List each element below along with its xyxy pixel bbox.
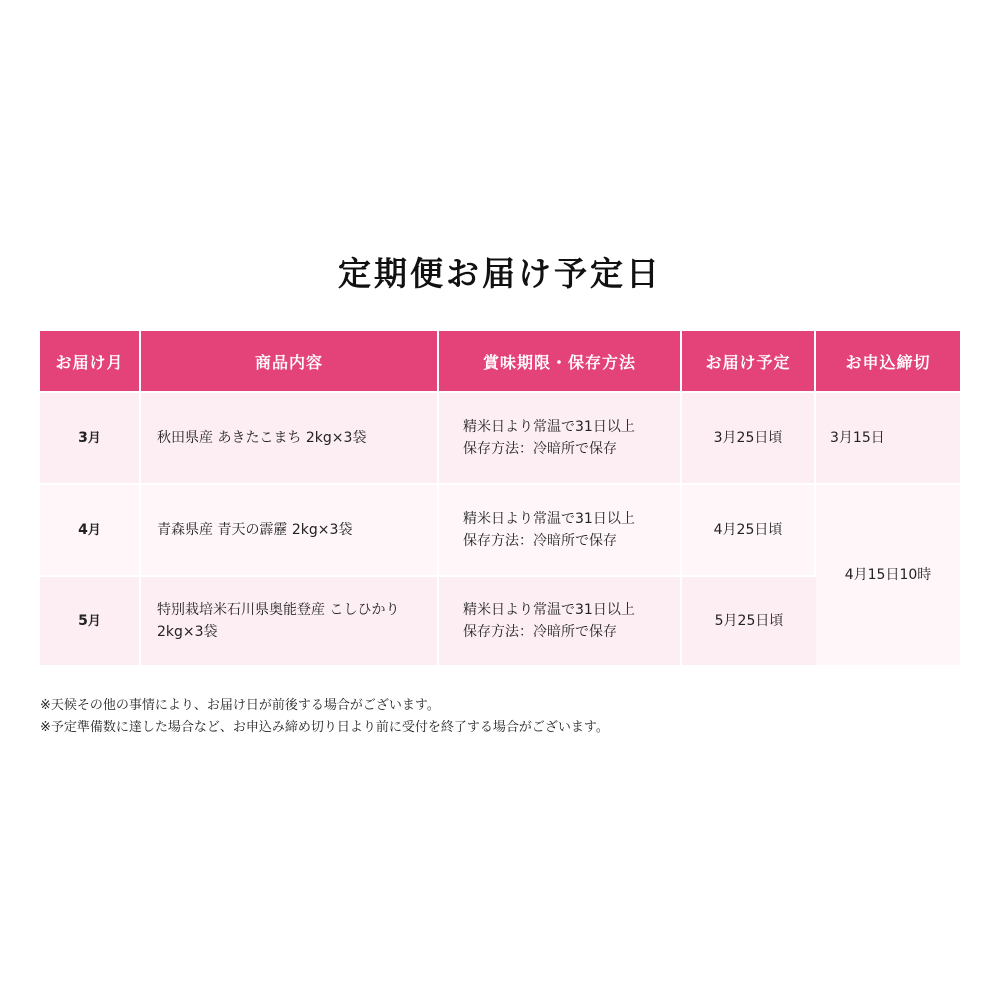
table-row: 4月 青森県産 青天の霹靂 2kg×3袋 精米日より常温で31日以上保存方法：冷… xyxy=(40,485,960,577)
deadline-cell: 4月15日10時 xyxy=(816,485,960,665)
month-cell: 4月 xyxy=(40,485,141,577)
note-early-close: ※予定準備数に達した場合など、お申込み締め切り日より前に受付を終了する場合がござ… xyxy=(40,717,609,739)
storage-cell: 精米日より常温で31日以上保存方法：冷暗所で保存 xyxy=(439,393,682,485)
product-cell: 特別栽培米石川県奥能登産 こしひかり2kg×3袋 xyxy=(141,577,439,665)
table-row: 3月 秋田県産 あきたこまち 2kg×3袋 精米日より常温で31日以上保存方法：… xyxy=(40,393,960,485)
notes: ※天候その他の事情により、お届け日が前後する場合がございます。 ※予定準備数に達… xyxy=(40,695,609,739)
header-deadline: お申込締切 xyxy=(816,331,960,393)
page-title: 定期便お届け予定日 xyxy=(0,248,1000,295)
product-cell: 青森県産 青天の霹靂 2kg×3袋 xyxy=(141,485,439,577)
month-cell: 5月 xyxy=(40,577,141,665)
delivery-date-cell: 4月25日頃 xyxy=(682,485,816,577)
header-delivery-month: お届け月 xyxy=(40,331,141,393)
delivery-schedule-table: お届け月 商品内容 賞味期限・保存方法 お届け予定 お申込締切 3月 秋田県産 … xyxy=(40,331,960,665)
storage-cell: 精米日より常温で31日以上保存方法：冷暗所で保存 xyxy=(439,577,682,665)
note-weather: ※天候その他の事情により、お届け日が前後する場合がございます。 xyxy=(40,695,609,717)
table-header-row: お届け月 商品内容 賞味期限・保存方法 お届け予定 お申込締切 xyxy=(40,331,960,393)
header-storage: 賞味期限・保存方法 xyxy=(439,331,682,393)
header-delivery-date: お届け予定 xyxy=(682,331,816,393)
month-cell: 3月 xyxy=(40,393,141,485)
delivery-date-cell: 3月25日頃 xyxy=(682,393,816,485)
delivery-date-cell: 5月25日頃 xyxy=(682,577,816,665)
product-cell: 秋田県産 あきたこまち 2kg×3袋 xyxy=(141,393,439,485)
header-product: 商品内容 xyxy=(141,331,439,393)
deadline-cell: 3月15日 xyxy=(816,393,960,485)
storage-cell: 精米日より常温で31日以上保存方法：冷暗所で保存 xyxy=(439,485,682,577)
